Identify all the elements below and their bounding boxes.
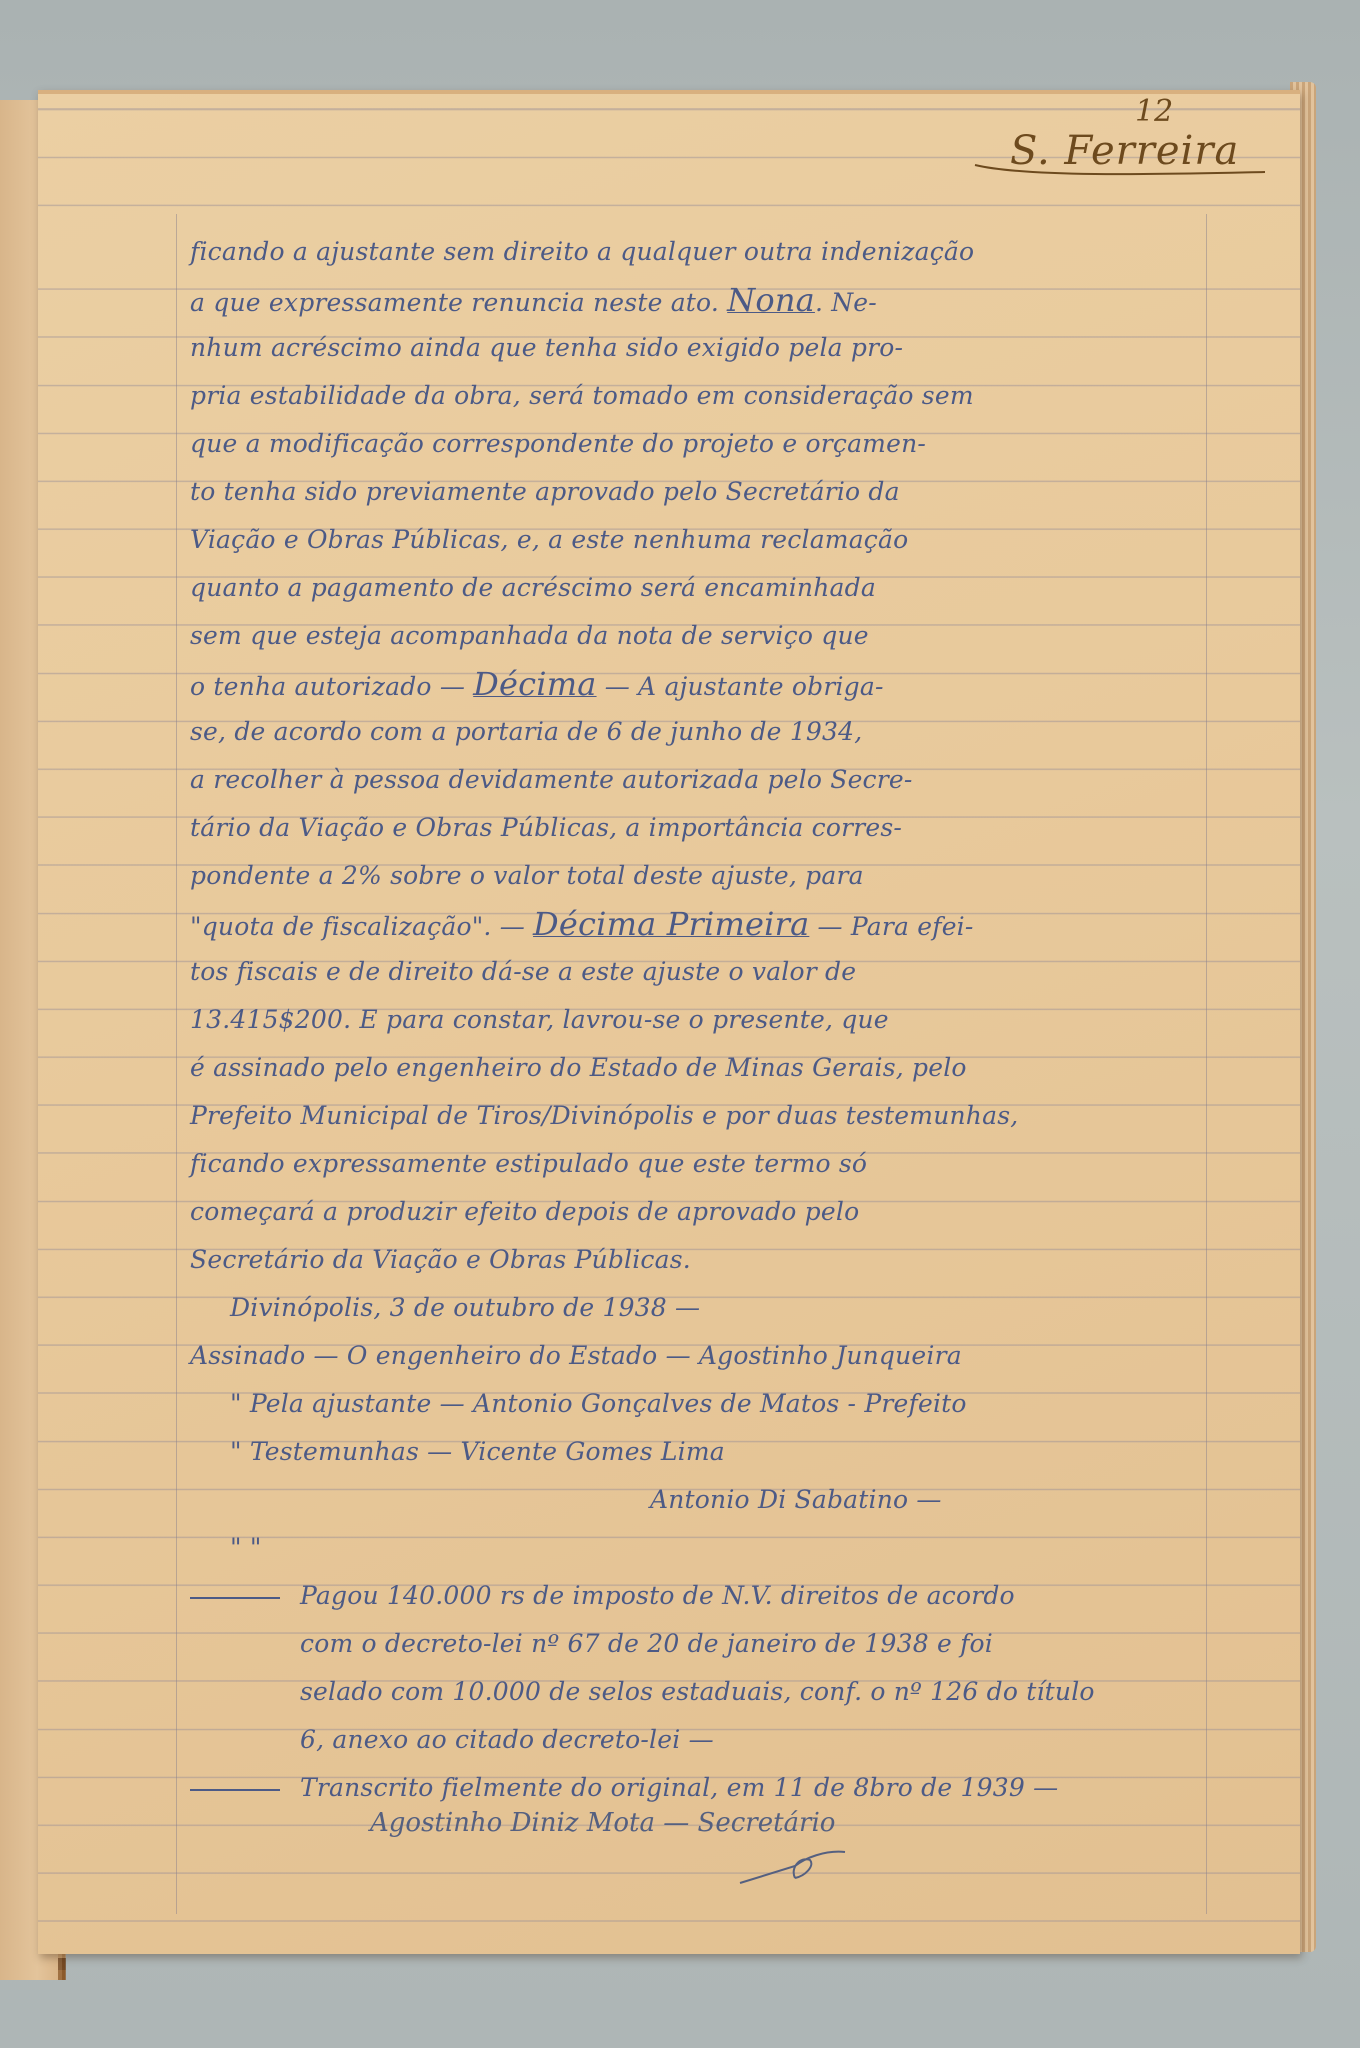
text-segment: pria estabilidade da obra, será tomado e… (190, 381, 974, 410)
text-segment: pondente a 2% sobre o valor total deste … (190, 861, 864, 890)
text-segment: 6, anexo ao citado decreto-lei — (300, 1725, 714, 1754)
text-segment: Divinópolis, 3 de outubro de 1938 — (230, 1293, 700, 1322)
text-line: to tenha sido previamente aprovado pelo … (190, 468, 1210, 516)
text-segment: Secretário da Viação e Obras Públicas. (190, 1245, 691, 1274)
text-line: Assinado — O engenheiro do Estado — Agos… (190, 1332, 1210, 1380)
text-segment: ficando expressamente estipulado que est… (190, 1149, 867, 1178)
text-segment: se, de acordo com a portaria de 6 de jun… (190, 717, 862, 746)
text-line: ficando expressamente estipulado que est… (190, 1140, 1210, 1188)
text-segment: tos fiscais e de direito dá-se a este aj… (190, 957, 856, 986)
text-line: a que expressamente renuncia neste ato. … (190, 276, 1210, 324)
closing-signature: Agostinho Diniz Mota — Secretário (370, 1808, 835, 1838)
text-segment: "quota de fiscalização". — (190, 912, 533, 941)
text-segment: Prefeito Municipal de Tiros/Divinópolis … (190, 1101, 1018, 1130)
text-line: " Testemunhas — Vicente Gomes Lima (190, 1428, 1210, 1476)
text-segment: Antonio Di Sabatino — (650, 1485, 942, 1514)
handwritten-text-body: ficando a ajustante sem direito a qualqu… (190, 228, 1210, 1812)
clause-heading: Décima Primeira (533, 905, 809, 943)
text-segment: a recolher à pessoa devidamente autoriza… (190, 765, 913, 794)
text-segment: quanto a pagamento de acréscimo será enc… (190, 573, 876, 602)
text-line: Antonio Di Sabatino — (190, 1476, 1210, 1524)
signature-flourish-icon (970, 160, 1270, 180)
text-segment: — Para efei- (809, 912, 973, 941)
text-line: se, de acordo com a portaria de 6 de jun… (190, 708, 1210, 756)
text-line: é assinado pelo engenheiro do Estado de … (190, 1044, 1210, 1092)
text-segment: to tenha sido previamente aprovado pelo … (190, 477, 900, 506)
text-line: quanto a pagamento de acréscimo será enc… (190, 564, 1210, 612)
text-line: começará a produzir efeito depois de apr… (190, 1188, 1210, 1236)
text-line: Divinópolis, 3 de outubro de 1938 — (190, 1284, 1210, 1332)
text-segment: a que expressamente renuncia neste ato. (190, 288, 727, 317)
text-line: "quota de fiscalização". — Décima Primei… (190, 900, 1210, 948)
text-segment: nhum acréscimo ainda que tenha sido exig… (190, 333, 903, 362)
text-segment: — A ajustante obriga- (597, 672, 884, 701)
clause-heading: Décima (473, 665, 596, 703)
text-segment: " Pela ajustante — Antonio Gonçalves de … (230, 1389, 967, 1418)
text-segment: ficando a ajustante sem direito a qualqu… (190, 237, 974, 266)
text-line: tário da Viação e Obras Públicas, a impo… (190, 804, 1210, 852)
text-segment: " Testemunhas — Vicente Gomes Lima (230, 1437, 725, 1466)
text-line: Transcrito fielmente do original, em 11 … (190, 1764, 1210, 1812)
text-line: " " (190, 1524, 1210, 1572)
text-line: pria estabilidade da obra, será tomado e… (190, 372, 1210, 420)
text-line: tos fiscais e de direito dá-se a este aj… (190, 948, 1210, 996)
paraph-flourish-icon (735, 1848, 855, 1888)
text-segment: " " (230, 1533, 262, 1562)
text-segment: sem que esteja acompanhada da nota de se… (190, 621, 869, 650)
text-line: ficando a ajustante sem direito a qualqu… (190, 228, 1210, 276)
text-line: Pagou 140.000 rs de imposto de N.V. dire… (190, 1572, 1210, 1620)
page-number: 12 (1135, 94, 1173, 129)
text-segment: o tenha autorizado — (190, 672, 473, 701)
text-line: a recolher à pessoa devidamente autoriza… (190, 756, 1210, 804)
text-segment: 13.415$200. E para constar, lavrou-se o … (190, 1005, 889, 1034)
text-line: 6, anexo ao citado decreto-lei — (190, 1716, 1210, 1764)
text-segment: . Ne- (815, 288, 877, 317)
text-segment: Transcrito fielmente do original, em 11 … (300, 1773, 1058, 1802)
text-line: " Pela ajustante — Antonio Gonçalves de … (190, 1380, 1210, 1428)
text-segment: começará a produzir efeito depois de apr… (190, 1197, 859, 1226)
text-line: nhum acréscimo ainda que tenha sido exig… (190, 324, 1210, 372)
text-line: Viação e Obras Públicas, e, a este nenhu… (190, 516, 1210, 564)
text-line: pondente a 2% sobre o valor total deste … (190, 852, 1210, 900)
text-line: o tenha autorizado — Décima — A ajustant… (190, 660, 1210, 708)
text-segment: com o decreto-lei nº 67 de 20 de janeiro… (300, 1629, 993, 1658)
text-line: Secretário da Viação e Obras Públicas. (190, 1236, 1210, 1284)
text-line: Prefeito Municipal de Tiros/Divinópolis … (190, 1092, 1210, 1140)
text-line: que a modificação correspondente do proj… (190, 420, 1210, 468)
left-margin-rule (176, 214, 177, 1914)
text-segment: tário da Viação e Obras Públicas, a impo… (190, 813, 902, 842)
clause-heading: Nona (727, 281, 815, 319)
line-dash (190, 1597, 280, 1599)
text-line: com o decreto-lei nº 67 de 20 de janeiro… (190, 1620, 1210, 1668)
text-segment: que a modificação correspondente do proj… (190, 429, 926, 458)
text-line: sem que esteja acompanhada da nota de se… (190, 612, 1210, 660)
text-line: selado com 10.000 de selos estaduais, co… (190, 1668, 1210, 1716)
text-segment: Viação e Obras Públicas, e, a este nenhu… (190, 525, 908, 554)
line-dash (190, 1789, 280, 1791)
text-segment: Assinado — O engenheiro do Estado — Agos… (190, 1341, 962, 1370)
text-segment: Pagou 140.000 rs de imposto de N.V. dire… (300, 1581, 1015, 1610)
text-segment: selado com 10.000 de selos estaduais, co… (300, 1677, 1095, 1706)
text-segment: é assinado pelo engenheiro do Estado de … (190, 1053, 967, 1082)
text-line: 13.415$200. E para constar, lavrou-se o … (190, 996, 1210, 1044)
